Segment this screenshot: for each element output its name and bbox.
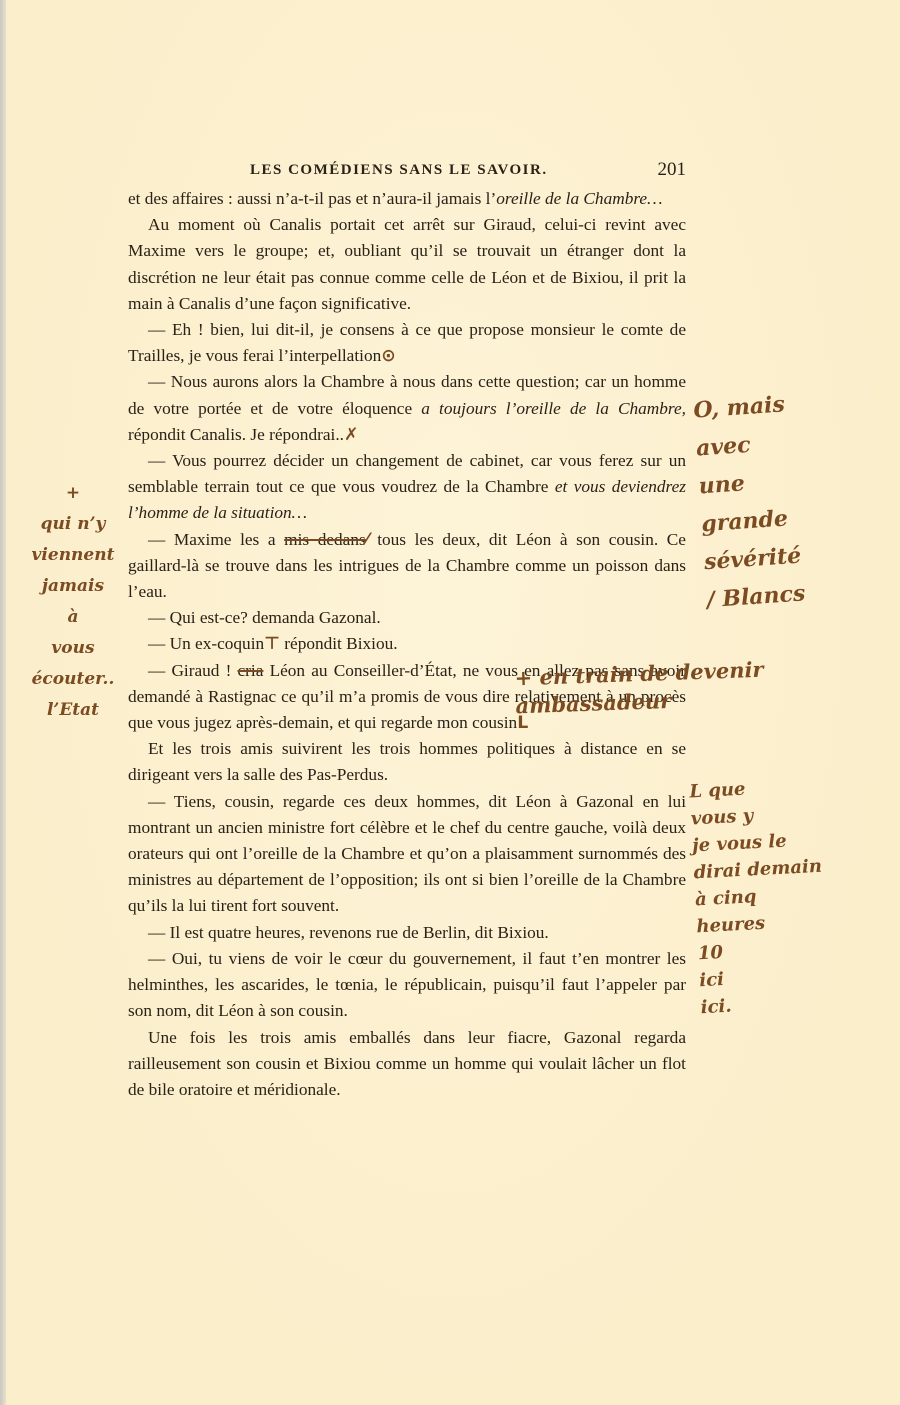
handwritten-right-margin-note-bottom: L quevous yje vous ledirai demainà cinqh… xyxy=(689,772,830,1021)
text-run: Au moment où Canalis portait cet arrêt s… xyxy=(128,215,686,313)
italic-text: a toujours l’oreille de la Chambre, xyxy=(421,399,686,418)
text-run: — Oui, tu viens de voir le cœur du gouve… xyxy=(128,949,686,1020)
handwritten-line: / Blancs xyxy=(705,574,806,619)
text-run: — Tiens, cousin, regarde ces deux hommes… xyxy=(128,792,686,916)
proof-mark-icon: ✗ xyxy=(344,425,358,445)
paragraph: — Qui est-ce? demanda Gazonal. xyxy=(128,605,686,631)
text-run: — Un ex-coquin xyxy=(148,634,264,653)
printed-text-body: et des affaires : aussi n’a-t-il pas et … xyxy=(128,186,686,1103)
handwritten-line: viennent xyxy=(18,540,128,571)
struck-text: cria xyxy=(238,661,264,680)
text-run: répondit Bixiou. xyxy=(280,634,398,653)
handwritten-right-margin-note-top: O, maisavecunegrandesévérité/ Blancs xyxy=(692,385,806,619)
text-run: — Giraud ! xyxy=(148,661,238,680)
text-run: — Il est quatre heures, revenons rue de … xyxy=(148,923,549,942)
text-run: répondit Canalis. Je répondrai.. xyxy=(128,425,344,444)
handwritten-line: l’Etat xyxy=(18,695,128,726)
paragraph: — Oui, tu viens de voir le cœur du gouve… xyxy=(128,946,686,1025)
paragraph: — Un ex-coquin⊤ répondit Bixiou. xyxy=(128,631,686,657)
handwritten-line: O, mais xyxy=(692,385,793,430)
text-run: Une fois les trois amis emballés dans le… xyxy=(128,1028,686,1099)
paragraph: — Il est quatre heures, revenons rue de … xyxy=(128,920,686,946)
handwritten-line: vous xyxy=(18,633,128,664)
paragraph: — Tiens, cousin, regarde ces deux hommes… xyxy=(128,789,686,920)
page-number: 201 xyxy=(658,159,687,181)
handwritten-left-margin-note: +qui n’yviennentjamaisàvousécouter..l’Et… xyxy=(18,478,128,726)
proof-mark-icon: ⊤ xyxy=(264,634,280,654)
paragraph: — Vous pourrez décider un changement de … xyxy=(128,448,686,527)
text-run: Et les trois amis suivirent les trois ho… xyxy=(128,739,686,784)
handwritten-line: + xyxy=(18,478,128,509)
italic-text: oreille de la Chambre… xyxy=(496,189,662,208)
paragraph: Une fois les trois amis emballés dans le… xyxy=(128,1025,686,1104)
text-run: — Eh ! bien, lui dit-il, je consens à ce… xyxy=(128,320,686,365)
handwritten-line: qui n’y xyxy=(18,509,128,540)
page-header: LES COMÉDIENS SANS LE SAVOIR. 201 xyxy=(128,158,686,184)
paragraph: — Maxime les a mis dedans⁄ tous les deux… xyxy=(128,527,686,606)
text-run: et des affaires : aussi n’a-t-il pas et … xyxy=(128,189,496,208)
text-run: — Qui est-ce? demanda Gazonal. xyxy=(148,608,381,627)
paragraph: et des affaires : aussi n’a-t-il pas et … xyxy=(128,186,686,212)
paragraph: — Eh ! bien, lui dit-il, je consens à ce… xyxy=(128,317,686,369)
handwritten-line: jamais xyxy=(18,571,128,602)
handwritten-line: à xyxy=(18,602,128,633)
struck-text: mis dedans xyxy=(284,530,366,549)
paragraph: — Nous aurons alors la Chambre à nous da… xyxy=(128,369,686,448)
handwritten-line: écouter.. xyxy=(18,664,128,695)
running-head: LES COMÉDIENS SANS LE SAVOIR. xyxy=(250,162,548,179)
handwritten-insertion-note: + en train de devenirambassadeur xyxy=(514,656,765,721)
proof-mark-icon: ⊙ xyxy=(381,346,395,366)
paragraph: Et les trois amis suivirent les trois ho… xyxy=(128,736,686,788)
text-run: — Maxime les a xyxy=(148,530,284,549)
paragraph: Au moment où Canalis portait cet arrêt s… xyxy=(128,212,686,317)
